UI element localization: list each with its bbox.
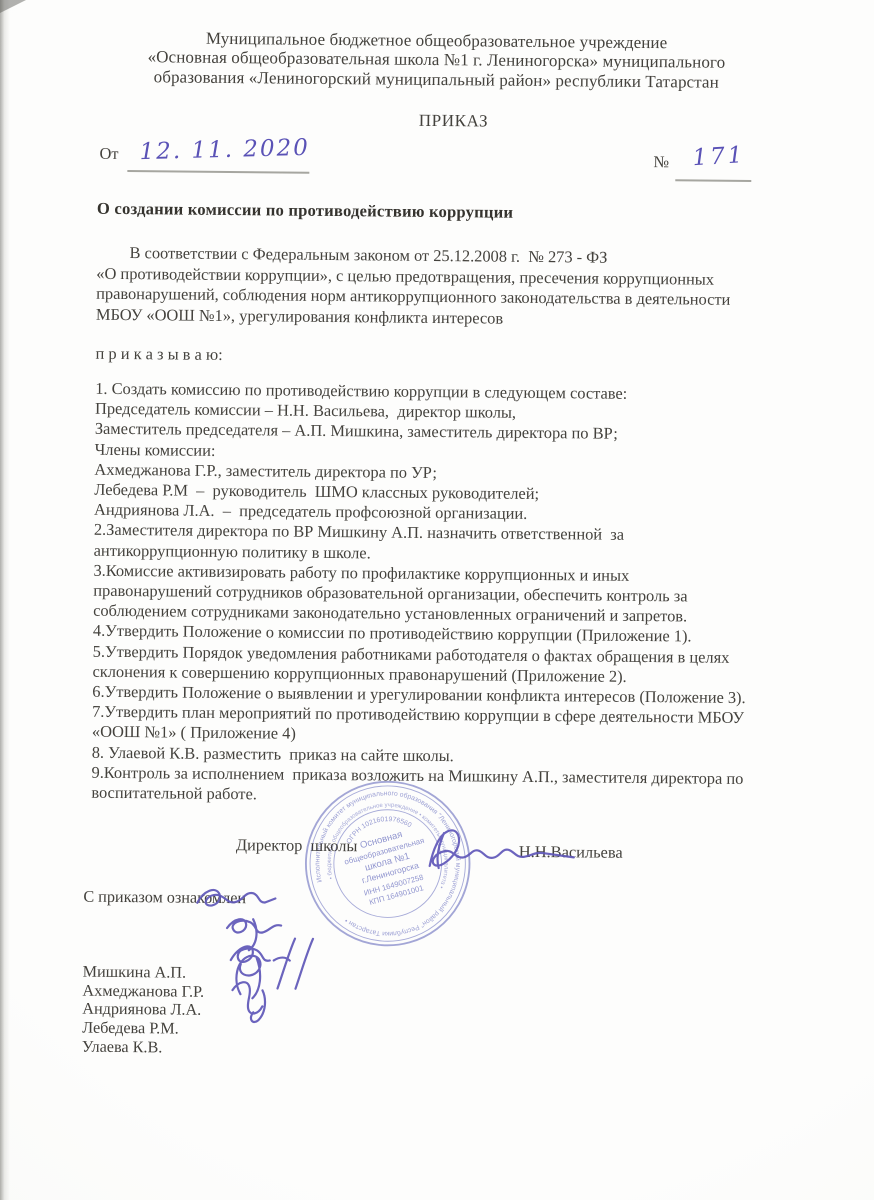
scan-corner-shadow	[0, 0, 26, 13]
handwritten-signatures-layer	[0, 0, 874, 1200]
director-signature	[430, 830, 574, 869]
signature-lebedeva	[236, 956, 260, 999]
signature-akhmedzhanova	[227, 919, 281, 951]
document-content: Муниципальное бюджетное общеобразователь…	[0, 0, 874, 1200]
scan-edge-shadow	[0, 0, 10, 1200]
scanned-order-page: Муниципальное бюджетное общеобразователь…	[0, 0, 874, 1200]
signature-mishkina	[197, 890, 275, 906]
